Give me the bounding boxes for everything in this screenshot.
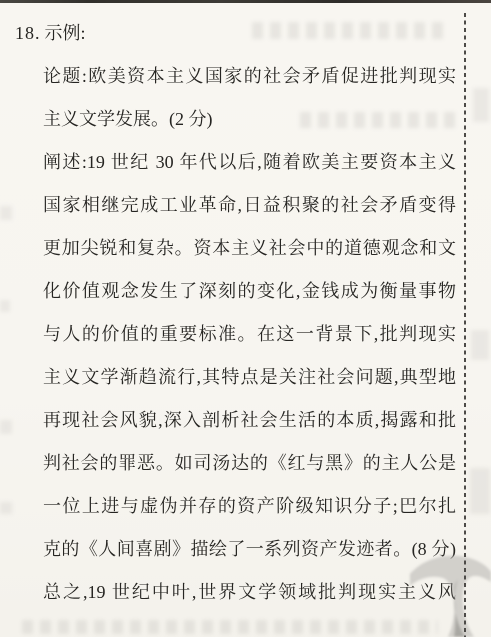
margin-mark-smudge — [0, 502, 12, 514]
bleedthrough-smudge — [473, 88, 489, 122]
answer-body-lines: 论题:欧美资本主义国家的社会矛盾促进批判现实主义文学发展。(2 分)阐述:19 … — [15, 55, 456, 614]
question-heading-line: 18.示例: — [15, 12, 456, 55]
text-line: 再现社会风貌,深入剖析社会生活的本质,揭露和批 — [15, 399, 456, 442]
question-number: 18. — [15, 23, 41, 43]
bleedthrough-smudge — [471, 330, 489, 360]
text-line: 主义文学渐趋流行,其特点是关注社会问题,典型地 — [15, 356, 456, 399]
text-line: 与人的价值的重要标准。在这一背景下,批判现实 — [15, 313, 456, 356]
scanned-answer-page: 18.示例: 论题:欧美资本主义国家的社会矛盾促进批判现实主义文学发展。(2 分… — [0, 0, 491, 637]
page-curl-artifact — [408, 548, 491, 637]
page-top-border-rule — [0, 0, 491, 3]
text-line: 判社会的罪恶。如司汤达的《红与黑》的主人公是 — [15, 442, 456, 485]
text-line: 克的《人间喜剧》描绘了一系列资产发迹者。(8 分) — [15, 528, 456, 571]
column-divider-dotted-line — [464, 13, 466, 637]
text-line: 化价值观念发生了深刻的变化,金钱成为衡量事物 — [15, 270, 456, 313]
question-heading-label: 示例: — [45, 23, 86, 43]
bleedthrough-smudge — [22, 620, 438, 634]
margin-mark-smudge — [0, 420, 12, 434]
text-line: 主义文学发展。(2 分) — [15, 98, 456, 141]
bleedthrough-smudge — [470, 468, 490, 514]
margin-mark-smudge — [0, 206, 12, 220]
text-line: 更加尖锐和复杂。资本主义社会中的道德观念和文 — [15, 227, 456, 270]
text-line: 阐述:19 世纪 30 年代以后,随着欧美主要资本主义 — [15, 141, 456, 184]
margin-mark-smudge — [0, 300, 10, 312]
text-line: 论题:欧美资本主义国家的社会矛盾促进批判现实 — [15, 55, 456, 98]
text-line: 一位上进与虚伪并存的资产阶级知识分子;巴尔扎 — [15, 485, 456, 528]
text-line: 总之,19 世纪中叶,世界文学领域批判现实主义风 — [15, 571, 456, 614]
text-line: 国家相继完成工业革命,日益积聚的社会矛盾变得 — [15, 184, 456, 227]
answer-text-block: 18.示例: 论题:欧美资本主义国家的社会矛盾促进批判现实主义文学发展。(2 分… — [15, 12, 456, 614]
